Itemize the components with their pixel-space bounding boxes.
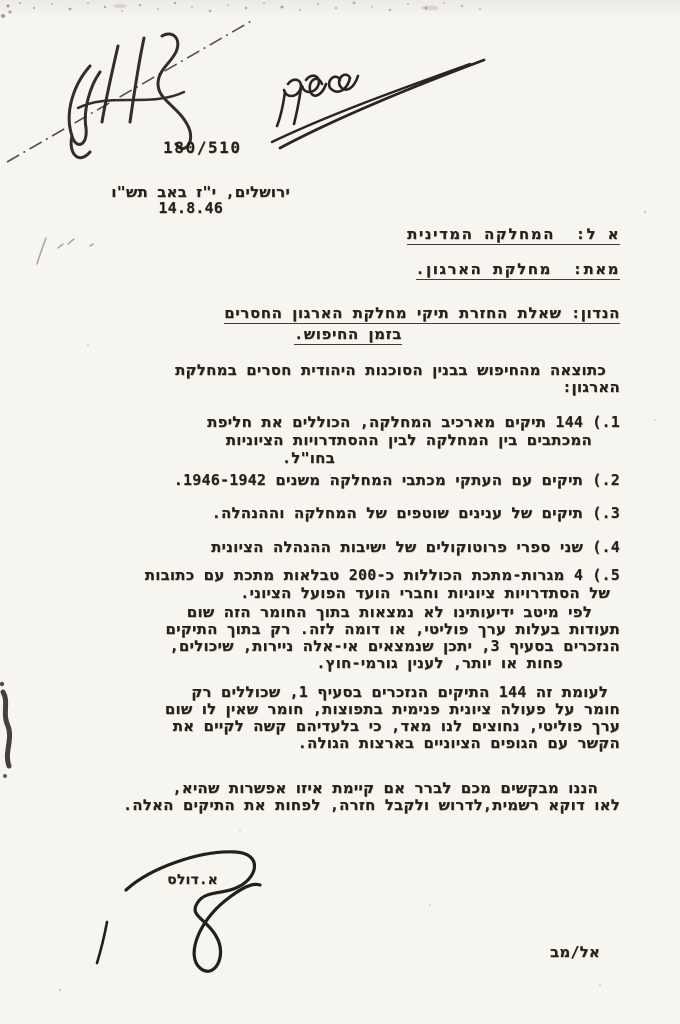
to-line: א ל: המחלקה המדינית [407, 226, 620, 243]
list-item-line: של הסתדרויות ציוניות וחברי הועד הפועל הצ… [240, 585, 610, 602]
paragraph-line: פחות או יותר, לענין גורמי-חוץ. [316, 655, 563, 672]
subject-line: הנדון: שאלת החזרת תיקי מחלקת הארגון החסר… [224, 305, 620, 322]
list-item-line: 1.) 144 תיקים מארכיב המחלקה, הכוללים את … [207, 414, 620, 431]
list-item-line: בחו"ל. [282, 450, 335, 467]
list-item-line: 3.) תיקים של ענינים שוטפים של המחלקה והה… [212, 505, 620, 522]
paragraph-line: תעודות בעלות ערך פוליטי, או דומה לזה. רק… [166, 621, 620, 638]
typed-signature-name: א.דולס [167, 872, 218, 889]
paragraph-line: לאו דוקא רשמית,לדרוש ולקבל חזרה, לפחות א… [123, 797, 620, 814]
paragraph-line: הקשר עם הגופים הציוניים בארצות הגולה. [298, 735, 620, 752]
subject-line-text: הנדון: שאלת החזרת תיקי מחלקת הארגון החסר… [224, 304, 620, 324]
intro-line: הארגון: [562, 379, 620, 396]
reference-number: 180/510 [163, 139, 242, 156]
intro-line: כתוצאה מהחיפוש בבנין הסוכנות היהודית חסר… [175, 362, 606, 379]
scan-noise [1, 2, 481, 18]
to-line-text: א ל: המחלקה המדינית [407, 225, 620, 245]
subject-line: בזמן החיפוש. [294, 326, 402, 343]
typist-initials: אל/מב [550, 944, 600, 961]
list-item-line: המכתבים בין המחלקה לבין ההסתדרויות הציונ… [226, 432, 592, 449]
list-item-line: 4.) שני ספרי פרוטוקולים של ישיבות ההנהלה… [211, 539, 620, 556]
from-line: מאת: מחלקת הארגון. [416, 261, 620, 278]
paragraph-line: חומר על פעולה ציונית פנימית בתפוצות, חומ… [165, 701, 620, 718]
list-item-line: 5.) 4 מגרות-מתכת הכוללות כ-200 טבלאות מת… [145, 567, 620, 584]
handwritten-signature [97, 852, 260, 971]
scan-edge-artifact [0, 682, 10, 778]
subject-line-text: בזמן החיפוש. [294, 325, 402, 345]
list-item-line: 2.) תיקים עם העתקי מכתבי המחלקה משנים 19… [174, 472, 620, 489]
dateline-date: 14.8.46 [158, 200, 223, 217]
scanned-letter-page: 180/510 ירושלים, י"ז באב תש"ו 14.8.46 א … [0, 0, 680, 1024]
paragraph-line: לעומת זה 144 התיקים הנזכרים בסעיף 1, שכו… [191, 684, 608, 701]
paragraph-line: לפי מיטב ידיעותינו לא נמצאות בתוך החומר … [187, 604, 592, 621]
paragraph-line: ערך פוליטי, נחוצים לנו מאד, כי בלעדיהם ק… [173, 718, 620, 735]
margin-scribble [37, 238, 93, 264]
paragraph-line: הננו מבקשים מכם לברר אם קיימת איזו אפשרו… [172, 780, 598, 797]
paragraph-line: הנזכרים בסעיף 3, יתכן שנמצאים אי-אלה ניי… [170, 638, 620, 655]
from-line-text: מאת: מחלקת הארגון. [416, 260, 620, 280]
handwritten-annotation [272, 60, 484, 148]
